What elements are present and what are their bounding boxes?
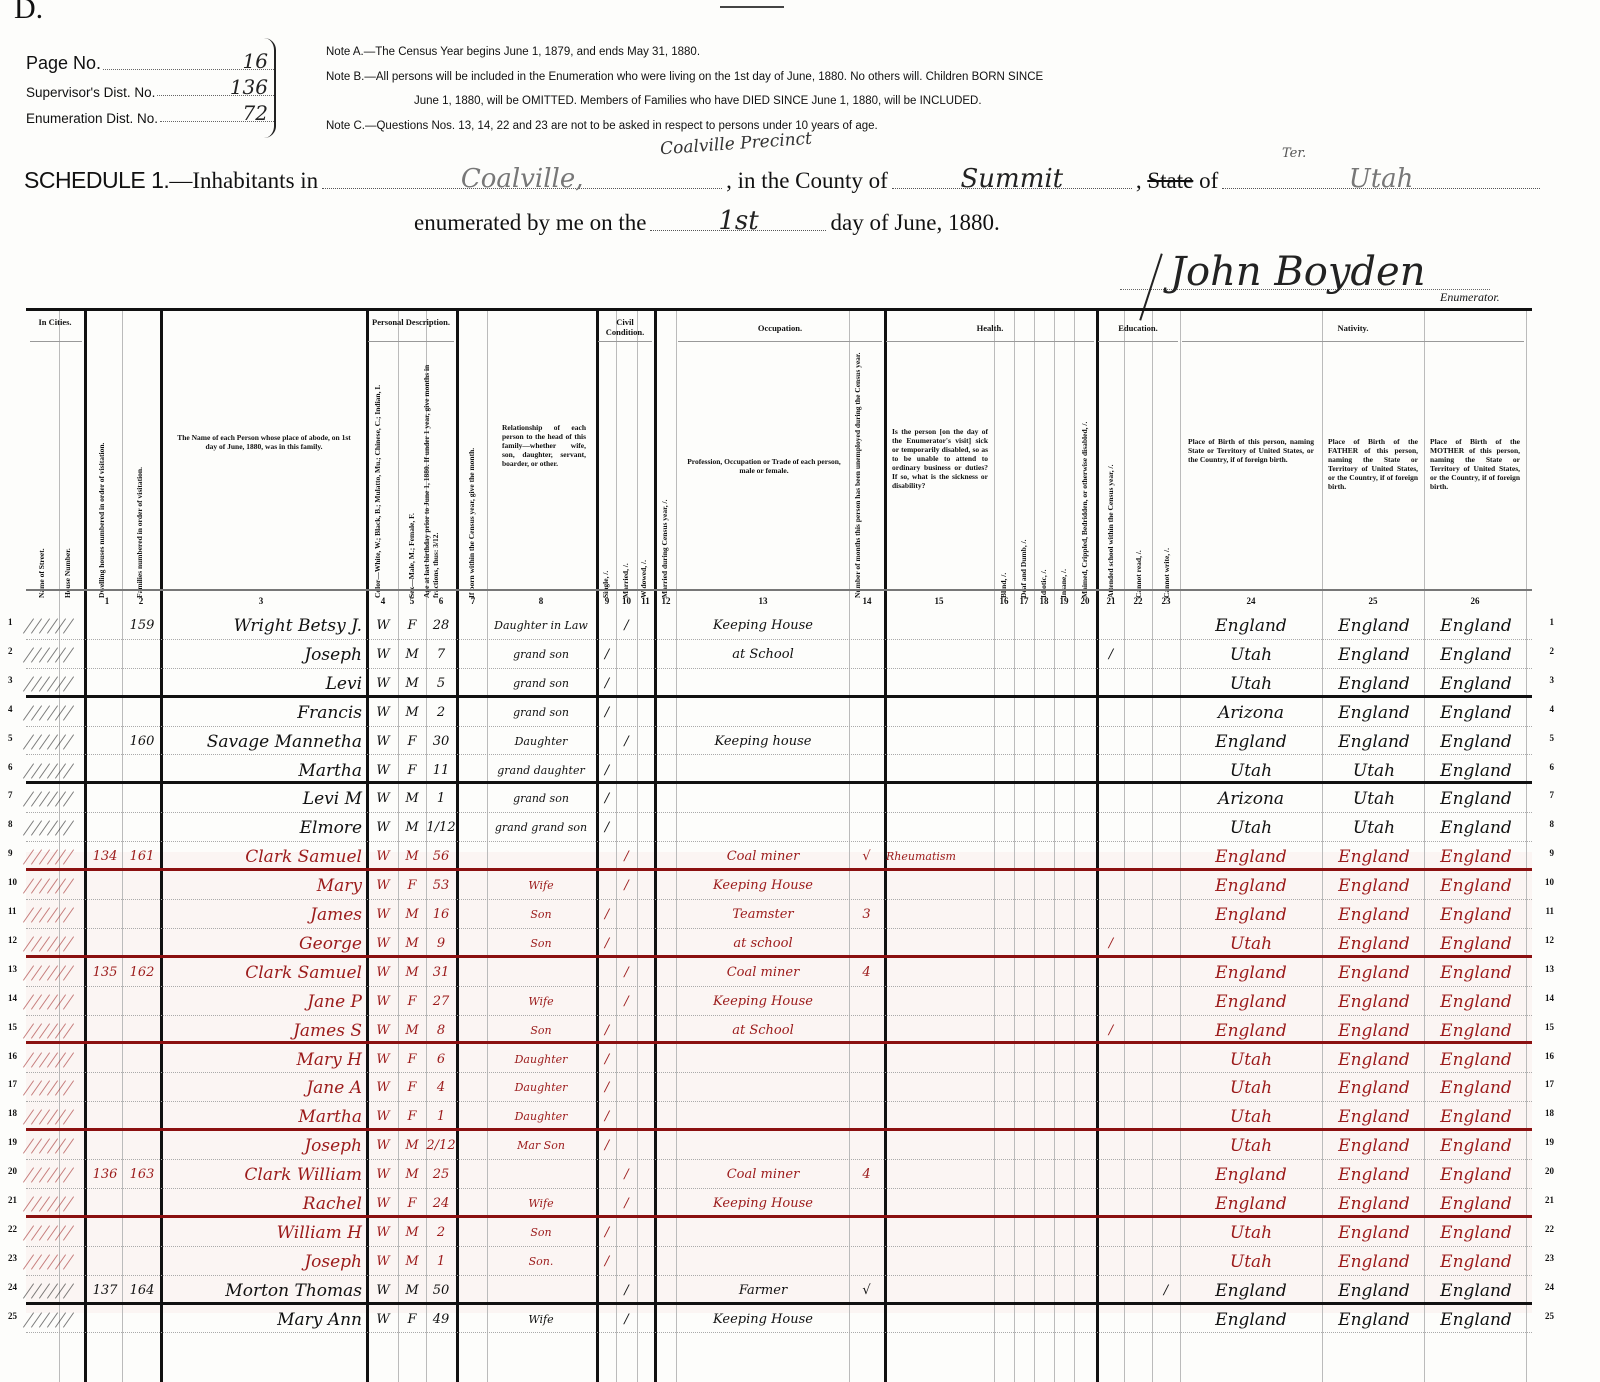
cell-occupation — [680, 1075, 846, 1101]
line-number-left: 14 — [8, 993, 17, 1003]
cell-married: / — [616, 1191, 637, 1217]
cell-name: Clark Samuel — [166, 960, 362, 986]
cell-relation: Son — [488, 902, 594, 928]
cell-color: W — [368, 989, 398, 1015]
cell-dwelling — [88, 786, 122, 812]
cell-school — [1098, 1133, 1124, 1159]
cell-dwelling: 134 — [88, 844, 122, 870]
cell-single — [598, 613, 616, 639]
cell-occupation: Keeping house — [680, 729, 846, 755]
cell-family — [124, 1133, 160, 1159]
cell-age: 1 — [426, 786, 456, 812]
cell-occupation: Coal miner — [680, 844, 846, 870]
cell-single — [598, 1191, 616, 1217]
note-c: Note C.—Questions Nos. 13, 14, 22 and 23… — [326, 114, 1043, 139]
cell-age: 6 — [426, 1047, 456, 1073]
cell-sick: Rheumatism — [886, 844, 992, 870]
cell-sex: F — [398, 989, 426, 1015]
cell-single — [598, 844, 616, 870]
cell-cannot-write — [1152, 1307, 1180, 1333]
instruction-notes: Note A.—The Census Year begins June 1, 1… — [326, 40, 1043, 138]
cell-unemployed — [849, 729, 884, 755]
cell-color: W — [368, 902, 398, 928]
cell-birth: England — [1182, 960, 1320, 986]
cell-age: 27 — [426, 989, 456, 1015]
cell-age: 31 — [426, 960, 456, 986]
crossed-out-street-marks — [28, 1224, 78, 1240]
cell-cannot-write — [1152, 1075, 1180, 1101]
cell-sick — [886, 758, 992, 784]
state-of-label: of — [1199, 168, 1218, 194]
cell-mother: England — [1426, 1075, 1526, 1101]
cell-relation: Daughter — [488, 1075, 594, 1101]
cell-father: England — [1324, 1104, 1424, 1130]
header-family-number: Families numbered in order of visitation… — [135, 467, 144, 598]
cell-cannot-write — [1152, 700, 1180, 726]
cell-mother: England — [1426, 1278, 1526, 1304]
cell-family: 162 — [124, 960, 160, 986]
line-number-right: 4 — [1550, 704, 1555, 714]
cell-dwelling — [88, 873, 122, 899]
cell-unemployed — [849, 1133, 884, 1159]
table-row: 1919JosephWM2/12Mar Son/UtahEnglandEngla… — [26, 1131, 1532, 1160]
cell-age: 25 — [426, 1162, 456, 1188]
census-table: In Cities. Personal Description. Civil C… — [26, 308, 1532, 1382]
cell-single: / — [598, 1047, 616, 1073]
header-personal-description: Personal Description. — [366, 317, 456, 327]
table-row: 1111JamesWM16Son/Teamster3EnglandEngland… — [26, 900, 1532, 929]
cell-sex: M — [398, 1278, 426, 1304]
cell-relation: Daughter — [488, 729, 594, 755]
cell-cannot-write — [1152, 1104, 1180, 1130]
note-b-line1: Note B.—All persons will be included in … — [326, 65, 1043, 90]
line-number-left: 19 — [8, 1137, 17, 1147]
cell-birth: England — [1182, 729, 1320, 755]
crossed-out-street-marks — [28, 617, 78, 633]
cell-birth: England — [1182, 902, 1320, 928]
cell-married — [616, 700, 637, 726]
cell-cannot-write — [1152, 989, 1180, 1015]
cell-relation: Son — [488, 1018, 594, 1044]
cell-dwelling — [88, 1075, 122, 1101]
cell-dwelling — [88, 1104, 122, 1130]
table-row: 1414Jane PWF27Wife/Keeping HouseEnglandE… — [26, 987, 1532, 1016]
cell-family — [124, 671, 160, 697]
cell-name: Joseph — [166, 1249, 362, 1275]
line-number-right: 16 — [1545, 1051, 1554, 1061]
line-number-left: 10 — [8, 877, 17, 887]
cell-unemployed — [849, 873, 884, 899]
cell-father: Utah — [1324, 758, 1424, 784]
line-number-left: 11 — [8, 906, 17, 916]
cell-name: Levi M — [166, 786, 362, 812]
cell-birth: Utah — [1182, 1220, 1320, 1246]
cell-school — [1098, 1191, 1124, 1217]
crossed-out-street-marks — [28, 704, 78, 720]
cell-age: 5 — [426, 671, 456, 697]
cell-relation: Daughter in Law — [488, 613, 594, 639]
county-value: Summit — [960, 164, 1063, 194]
cell-father: England — [1324, 873, 1424, 899]
line-number-left: 6 — [8, 762, 13, 772]
cell-sex: M — [398, 815, 426, 841]
cell-color: W — [368, 1104, 398, 1130]
cell-father: England — [1324, 671, 1424, 697]
cell-color: W — [368, 700, 398, 726]
line-number-right: 10 — [1545, 877, 1554, 887]
cell-age: 30 — [426, 729, 456, 755]
cell-father: England — [1324, 989, 1424, 1015]
cell-sex: F — [398, 1104, 426, 1130]
cell-single: / — [598, 1133, 616, 1159]
cell-family — [124, 1018, 160, 1044]
header-civil-condition: Civil Condition. — [596, 317, 654, 337]
crossed-out-street-marks — [28, 1137, 78, 1153]
line-number-left: 17 — [8, 1079, 17, 1089]
cell-father: England — [1324, 700, 1424, 726]
cell-unemployed — [849, 1018, 884, 1044]
cell-married: / — [616, 1162, 637, 1188]
cell-birth: Utah — [1182, 758, 1320, 784]
cell-unemployed: 4 — [849, 960, 884, 986]
cell-birth: Utah — [1182, 671, 1320, 697]
cell-color: W — [368, 1162, 398, 1188]
cell-color: W — [368, 1307, 398, 1333]
cell-occupation — [680, 1047, 846, 1073]
cell-age: 16 — [426, 902, 456, 928]
cell-father: England — [1324, 902, 1424, 928]
cell-cannot-write — [1152, 873, 1180, 899]
cell-unemployed — [849, 1307, 884, 1333]
cell-father: Utah — [1324, 815, 1424, 841]
cell-married — [616, 642, 637, 668]
cell-name: Savage Mannetha — [166, 729, 362, 755]
cell-mother: England — [1426, 1018, 1526, 1044]
cell-name: Joseph — [166, 1133, 362, 1159]
cell-family — [124, 700, 160, 726]
cell-cannot-write — [1152, 1047, 1180, 1073]
line-number-left: 13 — [8, 964, 17, 974]
cell-sick — [886, 873, 992, 899]
line-number-right: 2 — [1550, 646, 1555, 656]
crossed-out-street-marks — [28, 762, 78, 778]
cell-color: W — [368, 786, 398, 812]
cell-single — [598, 1162, 616, 1188]
cell-married: / — [616, 960, 637, 986]
cell-mother: England — [1426, 613, 1526, 639]
cell-sick — [886, 671, 992, 697]
crossed-out-street-marks — [28, 993, 78, 1009]
line-number-left: 22 — [8, 1224, 17, 1234]
cell-name: Mary Ann — [166, 1307, 362, 1333]
table-row: 2323JosephWM1Son./UtahEnglandEngland — [26, 1247, 1532, 1276]
cell-color: W — [368, 1047, 398, 1073]
cell-occupation — [680, 671, 846, 697]
cell-school — [1098, 1162, 1124, 1188]
line-number-left: 3 — [8, 675, 13, 685]
page-metadata: Page No. 16 Supervisor's Dist. No. 136 E… — [26, 50, 276, 128]
table-row: 1313135162Clark SamuelWM31/Coal miner4En… — [26, 958, 1532, 987]
cell-mother: England — [1426, 1162, 1526, 1188]
line-number-right: 6 — [1550, 762, 1555, 772]
header-nativity: Nativity. — [1180, 323, 1526, 333]
cell-cannot-write — [1152, 1191, 1180, 1217]
cell-birth: England — [1182, 1162, 1320, 1188]
line-number-left: 25 — [8, 1311, 17, 1321]
cell-father: Utah — [1324, 786, 1424, 812]
cell-dwelling — [88, 931, 122, 957]
line-number-right: 25 — [1545, 1311, 1554, 1321]
cell-age: 9 — [426, 931, 456, 957]
cell-occupation — [680, 1133, 846, 1159]
line-number-left: 12 — [8, 935, 17, 945]
cell-sex: F — [398, 729, 426, 755]
cell-family — [124, 902, 160, 928]
cell-mother: England — [1426, 1047, 1526, 1073]
cell-cannot-write — [1152, 613, 1180, 639]
table-row: 2121RachelWF24Wife/Keeping HouseEnglandE… — [26, 1189, 1532, 1218]
cell-married — [616, 1075, 637, 1101]
cell-birth: Utah — [1182, 931, 1320, 957]
cell-single: / — [598, 671, 616, 697]
cell-sick — [886, 815, 992, 841]
cell-married — [616, 786, 637, 812]
cell-dwelling — [88, 613, 122, 639]
cell-birth: Utah — [1182, 642, 1320, 668]
cell-cannot-write — [1152, 902, 1180, 928]
line-number-left: 4 — [8, 704, 13, 714]
cell-dwelling — [88, 1047, 122, 1073]
cell-relation: Daughter — [488, 1104, 594, 1130]
cell-birth: England — [1182, 1278, 1320, 1304]
cell-relation — [488, 1162, 594, 1188]
cell-name: Francis — [166, 700, 362, 726]
cell-father: England — [1324, 729, 1424, 755]
cell-age: 4 — [426, 1075, 456, 1101]
schedule-title: SCHEDULE 1. — [24, 167, 169, 194]
cell-married — [616, 1133, 637, 1159]
cell-unemployed: √ — [849, 1278, 884, 1304]
table-row: 88ElmoreWM1/12grand grand son/UtahUtahEn… — [26, 813, 1532, 842]
cell-age: 53 — [426, 873, 456, 899]
line-number-right: 14 — [1545, 993, 1554, 1003]
cell-sex: M — [398, 1220, 426, 1246]
cell-cannot-write — [1152, 1249, 1180, 1275]
cell-occupation — [680, 700, 846, 726]
header-relationship: Relationship of each person to the head … — [502, 423, 586, 468]
cell-birth: Utah — [1182, 1047, 1320, 1073]
cell-relation — [488, 844, 594, 870]
table-row: 1717Jane AWF4Daughter/UtahEnglandEngland — [26, 1073, 1532, 1102]
cell-birth: England — [1182, 1191, 1320, 1217]
cell-sex: M — [398, 844, 426, 870]
enumeration-dist-label: Enumeration Dist. No. — [26, 111, 158, 126]
cell-birth: Arizona — [1182, 786, 1320, 812]
header-sex: Sex—Male, M.; Female, F. — [407, 513, 416, 598]
cell-school — [1098, 1047, 1124, 1073]
cell-sex: F — [398, 1075, 426, 1101]
cell-color: W — [368, 1018, 398, 1044]
cell-mother: England — [1426, 844, 1526, 870]
cell-name: Mary — [166, 873, 362, 899]
cell-name: George — [166, 931, 362, 957]
header-maimed: Maimed, Crippled, Bedridden, or otherwis… — [1080, 422, 1089, 598]
cell-age: 1/12 — [426, 815, 456, 841]
cell-cannot-write — [1152, 758, 1180, 784]
cell-mother: England — [1426, 786, 1526, 812]
line-number-right: 18 — [1545, 1108, 1554, 1118]
cell-sex: M — [398, 1162, 426, 1188]
cell-sick — [886, 902, 992, 928]
cell-family: 160 — [124, 729, 160, 755]
cell-school — [1098, 758, 1124, 784]
cell-unemployed — [849, 642, 884, 668]
cell-dwelling — [88, 758, 122, 784]
cell-color: W — [368, 931, 398, 957]
cell-unemployed — [849, 700, 884, 726]
cell-age: 49 — [426, 1307, 456, 1333]
cell-mother: England — [1426, 1307, 1526, 1333]
cell-father: England — [1324, 1133, 1424, 1159]
cell-cannot-write — [1152, 1162, 1180, 1188]
cell-school — [1098, 1249, 1124, 1275]
cell-occupation — [680, 1104, 846, 1130]
header-dwelling-number: Dwelling houses numbered in order of vis… — [97, 443, 106, 598]
cell-birth: England — [1182, 873, 1320, 899]
line-number-left: 5 — [8, 733, 13, 743]
cell-single: / — [598, 700, 616, 726]
cell-sick — [886, 700, 992, 726]
cell-relation: Mar Son — [488, 1133, 594, 1159]
cell-name: Elmore — [166, 815, 362, 841]
cell-relation: Son. — [488, 1249, 594, 1275]
cell-cannot-write — [1152, 931, 1180, 957]
state-label-struck: State — [1147, 168, 1193, 194]
cell-married — [616, 1249, 637, 1275]
cell-birth: England — [1182, 844, 1320, 870]
header-birth-mother: Place of Birth of the MOTHER of this per… — [1430, 437, 1520, 491]
note-b-line2: June 1, 1880, will be OMITTED. Members o… — [326, 89, 1043, 114]
cell-name: Morton Thomas — [166, 1278, 362, 1304]
cell-unemployed — [849, 613, 884, 639]
cell-single: / — [598, 902, 616, 928]
line-number-right: 24 — [1545, 1282, 1554, 1292]
cell-family — [124, 1191, 160, 1217]
cell-relation: grand son — [488, 786, 594, 812]
cell-color: W — [368, 671, 398, 697]
cell-sick — [886, 1018, 992, 1044]
cell-married — [616, 1018, 637, 1044]
cell-dwelling — [88, 642, 122, 668]
cell-birth: England — [1182, 1307, 1320, 1333]
line-number-left: 20 — [8, 1166, 17, 1176]
cell-cannot-write — [1152, 671, 1180, 697]
cell-age: 8 — [426, 1018, 456, 1044]
enumerator-signature-line: John Boyden — [1120, 240, 1490, 290]
cell-school — [1098, 1307, 1124, 1333]
cell-age: 2/12 — [426, 1133, 456, 1159]
cell-married — [616, 931, 637, 957]
cell-single: / — [598, 642, 616, 668]
cell-occupation — [680, 786, 846, 812]
enumerator-signature: John Boyden — [1170, 249, 1425, 295]
cell-sick — [886, 786, 992, 812]
crossed-out-street-marks — [28, 790, 78, 806]
cell-cannot-write — [1152, 844, 1180, 870]
cell-birth: England — [1182, 1018, 1320, 1044]
cell-occupation: Keeping House — [680, 873, 846, 899]
cell-occupation: Keeping House — [680, 1307, 846, 1333]
cell-color: W — [368, 613, 398, 639]
crossed-out-street-marks — [28, 819, 78, 835]
cell-age: 24 — [426, 1191, 456, 1217]
line-number-right: 11 — [1545, 906, 1554, 916]
cell-sick — [886, 613, 992, 639]
cell-unemployed — [849, 989, 884, 1015]
cell-mother: England — [1426, 989, 1526, 1015]
cell-dwelling — [88, 1133, 122, 1159]
cell-dwelling — [88, 1018, 122, 1044]
cell-mother: England — [1426, 758, 1526, 784]
cell-relation: grand son — [488, 671, 594, 697]
cell-unemployed — [849, 758, 884, 784]
cell-school: / — [1098, 1018, 1124, 1044]
cell-cannot-write — [1152, 1018, 1180, 1044]
cell-age: 1 — [426, 1104, 456, 1130]
cell-unemployed: 4 — [849, 1162, 884, 1188]
header-in-cities: In Cities. — [26, 317, 84, 327]
cell-mother: England — [1426, 1191, 1526, 1217]
line-number-left: 15 — [8, 1022, 17, 1032]
cell-occupation — [680, 1220, 846, 1246]
cell-father: England — [1324, 931, 1424, 957]
cell-mother: England — [1426, 1220, 1526, 1246]
cell-mother: England — [1426, 873, 1526, 899]
cell-unemployed — [849, 1047, 884, 1073]
state-value: Utah — [1349, 164, 1414, 194]
cell-birth: Utah — [1182, 1133, 1320, 1159]
cell-mother: England — [1426, 815, 1526, 841]
cell-father: England — [1324, 642, 1424, 668]
cell-sick — [886, 1162, 992, 1188]
cell-single: / — [598, 1104, 616, 1130]
cell-father: England — [1324, 1307, 1424, 1333]
cell-birth: England — [1182, 613, 1320, 639]
cell-single — [598, 1278, 616, 1304]
header-months-unemployed: Number of months this person has been un… — [853, 348, 862, 598]
cell-occupation: at School — [680, 1018, 846, 1044]
cell-school — [1098, 786, 1124, 812]
cell-father: England — [1324, 1018, 1424, 1044]
cell-sex: M — [398, 642, 426, 668]
cell-sick — [886, 1220, 992, 1246]
line-number-left: 16 — [8, 1051, 17, 1061]
cell-married — [616, 1047, 637, 1073]
cell-school — [1098, 1278, 1124, 1304]
cell-married: / — [616, 1278, 637, 1304]
cell-family — [124, 642, 160, 668]
cell-school — [1098, 844, 1124, 870]
cell-name: Mary H — [166, 1047, 362, 1073]
cell-family — [124, 758, 160, 784]
cell-color: W — [368, 642, 398, 668]
cell-single: / — [598, 815, 616, 841]
cell-occupation: Farmer — [680, 1278, 846, 1304]
cell-mother: England — [1426, 700, 1526, 726]
inhabitants-label: —Inhabitants in — [169, 168, 318, 194]
cell-sex: M — [398, 700, 426, 726]
cell-father: England — [1324, 844, 1424, 870]
